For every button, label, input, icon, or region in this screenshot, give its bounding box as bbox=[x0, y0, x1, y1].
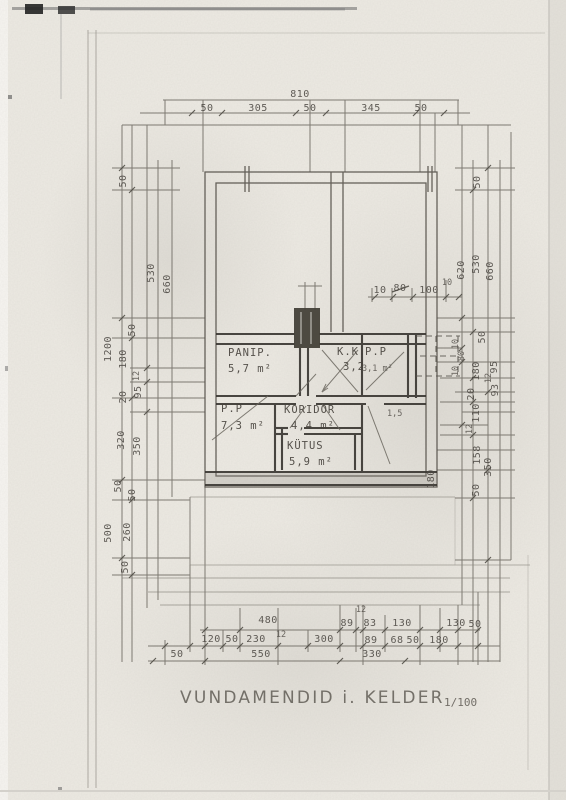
dim-label: 350 bbox=[483, 457, 494, 477]
dim-label: 10 bbox=[451, 339, 461, 349]
dim-label: 180 bbox=[118, 349, 129, 369]
dim-label: 158 bbox=[472, 445, 483, 465]
room-name-kytus: KÜTUS bbox=[287, 439, 324, 452]
dim-label: 530 bbox=[471, 254, 482, 274]
dim-label: 620 bbox=[456, 260, 467, 280]
room-area-kytus: 5,9 m² bbox=[289, 456, 333, 468]
chimney-block bbox=[294, 308, 320, 348]
room-name-kk: K.K. bbox=[337, 346, 366, 358]
dim-label: 660 bbox=[162, 274, 173, 294]
dim-label: 50 bbox=[225, 634, 238, 645]
dim-label: 550 bbox=[251, 649, 271, 660]
dim-label: 10 bbox=[442, 278, 452, 288]
dim-top-total: 810 bbox=[290, 89, 310, 100]
room-area-pp-73: 7,3 m² bbox=[221, 420, 265, 432]
dim-label: 300 bbox=[314, 634, 334, 645]
dim-label: 500 bbox=[103, 523, 114, 543]
dim-label: 93 bbox=[490, 383, 501, 396]
dim-label: 12 bbox=[465, 424, 475, 434]
dim-label: 12 bbox=[356, 605, 366, 615]
room-name-pp-31: P.P bbox=[365, 346, 387, 358]
dim-label: 80 bbox=[457, 351, 467, 361]
dim-label: 50 bbox=[406, 635, 419, 646]
dim-label: 95 bbox=[133, 385, 144, 398]
dim-label: 80 bbox=[393, 283, 406, 294]
dim-label: 480 bbox=[258, 615, 278, 626]
dim-label: 20 bbox=[118, 390, 129, 403]
dim-label: 50 bbox=[477, 330, 488, 343]
room-name-panip: PANIP. bbox=[228, 347, 272, 359]
dim-label: 100 bbox=[419, 285, 439, 296]
dim-label: 50 bbox=[200, 103, 213, 114]
floor-plan-drawing: 810 50 305 50 345 50 10 80 100 10 50 530… bbox=[0, 0, 566, 800]
title-block: VUNDAMENDID i. KELDER 1/100 bbox=[180, 688, 477, 709]
dim-label: 20 bbox=[466, 387, 477, 400]
dim-label: 330 bbox=[362, 649, 382, 660]
dim-label: 350 bbox=[132, 436, 143, 456]
room-area-pp-31: 3,1 m² bbox=[362, 364, 393, 374]
dim-label: 12 bbox=[132, 371, 142, 381]
room-area-koridor: 4,4 m² bbox=[291, 420, 335, 432]
dim-label: 10 bbox=[451, 366, 461, 376]
dim-label: 12 bbox=[276, 630, 286, 640]
dim-label: 130 bbox=[392, 618, 412, 629]
dim-label: 660 bbox=[485, 261, 496, 281]
dim-label: 50 bbox=[303, 103, 316, 114]
dim-label: 95 bbox=[489, 360, 500, 373]
dim-label: 68 bbox=[390, 635, 403, 646]
dim-label: 50 bbox=[414, 103, 427, 114]
dim-label: 345 bbox=[361, 103, 381, 114]
dim-label: 50 bbox=[118, 174, 129, 187]
drawing-title: VUNDAMENDID i. KELDER bbox=[180, 688, 445, 708]
dim-label: 50 bbox=[170, 649, 183, 660]
dim-label: 260 bbox=[122, 522, 133, 542]
dim-label: 530 bbox=[146, 263, 157, 283]
dim-label: 230 bbox=[246, 634, 266, 645]
dim-label: 89 bbox=[340, 618, 353, 629]
dim-label: 120 bbox=[201, 634, 221, 645]
dim-label: 50 bbox=[120, 560, 131, 573]
dim-label: 180 bbox=[429, 635, 449, 646]
dim-label: 50 bbox=[471, 483, 482, 496]
dim-label: 89 bbox=[364, 635, 377, 646]
dim-label: 50 bbox=[127, 488, 138, 501]
dim-label: 83 bbox=[363, 618, 376, 629]
dim-label: 50 bbox=[472, 175, 483, 188]
dim-label: 50 bbox=[113, 479, 124, 492]
dim-label: 1200 bbox=[103, 336, 114, 362]
dim-label: 10 bbox=[373, 285, 386, 296]
dim-label: 50 bbox=[127, 323, 138, 336]
scanned-blueprint-page: 810 50 305 50 345 50 10 80 100 10 50 530… bbox=[0, 0, 566, 800]
dim-label: 305 bbox=[248, 103, 268, 114]
room-area-panip: 5,7 m² bbox=[228, 363, 272, 375]
drawing-scale: 1/100 bbox=[444, 696, 477, 709]
door-width-note: 1,5 bbox=[387, 409, 402, 419]
dim-label: 130 bbox=[446, 618, 466, 629]
room-name-pp-73: P.P bbox=[221, 403, 243, 415]
dim-label: 320 bbox=[116, 430, 127, 450]
room-name-koridor: KORIDOR bbox=[284, 404, 335, 416]
dim-label: 110 bbox=[471, 403, 482, 423]
dim-label: 180 bbox=[471, 361, 482, 381]
dim-label: 50 bbox=[468, 619, 481, 630]
dim-label: 180 bbox=[426, 469, 437, 489]
bottom-wall-fill bbox=[205, 473, 437, 484]
